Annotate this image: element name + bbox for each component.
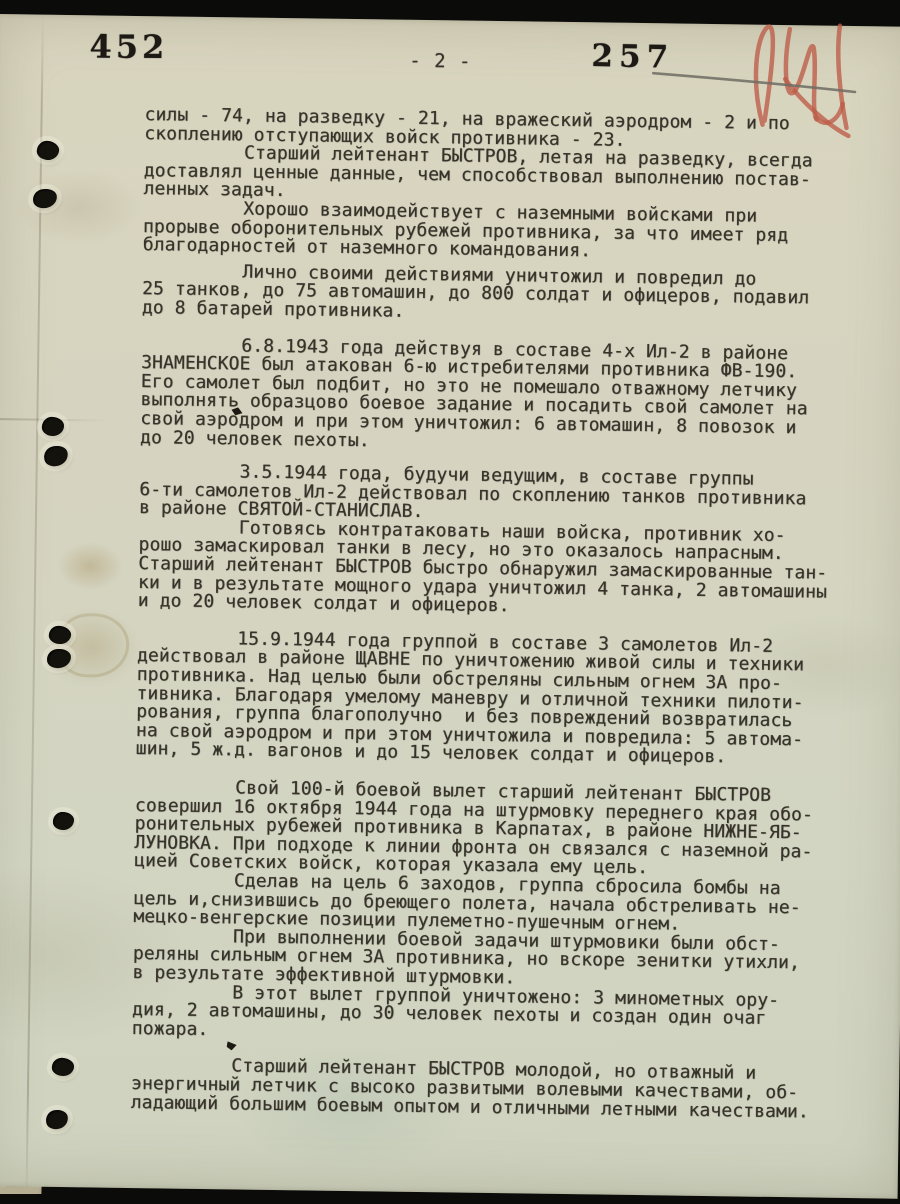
paragraph: Лично своими действиями уничтожил и повр… — [142, 262, 863, 328]
archive-stamp-left: 452 — [89, 28, 168, 66]
typed-text-body: силы - 74, на разведку - 21, на вражески… — [131, 106, 865, 1122]
paragraph: 6.8.1943 года действуя в составе 4-х Ил-… — [140, 336, 861, 458]
stain-ring — [57, 613, 130, 678]
paragraph: Старший лейтенант БЫСТРОВ молодой, но от… — [131, 1056, 852, 1122]
document-page: 452 - 2 - 257 силы - 74, на разведку - 2… — [0, 14, 900, 1199]
paragraph: В этот вылет группой уничтожено: 3 мином… — [132, 983, 853, 1049]
paragraph: Хорошо взаимодействует с наземными войск… — [143, 199, 864, 265]
paragraph: Готовясь контратаковать наши войска, про… — [138, 518, 859, 621]
paragraph: 15.9.1944 года группой в составе 3 самол… — [136, 629, 858, 769]
scanned-document: 452 - 2 - 257 силы - 74, на разведку - 2… — [0, 0, 900, 1204]
page-number: - 2 - — [409, 50, 472, 73]
paragraph: Свой 100-й боевой вылет старший лейтенан… — [134, 778, 855, 881]
